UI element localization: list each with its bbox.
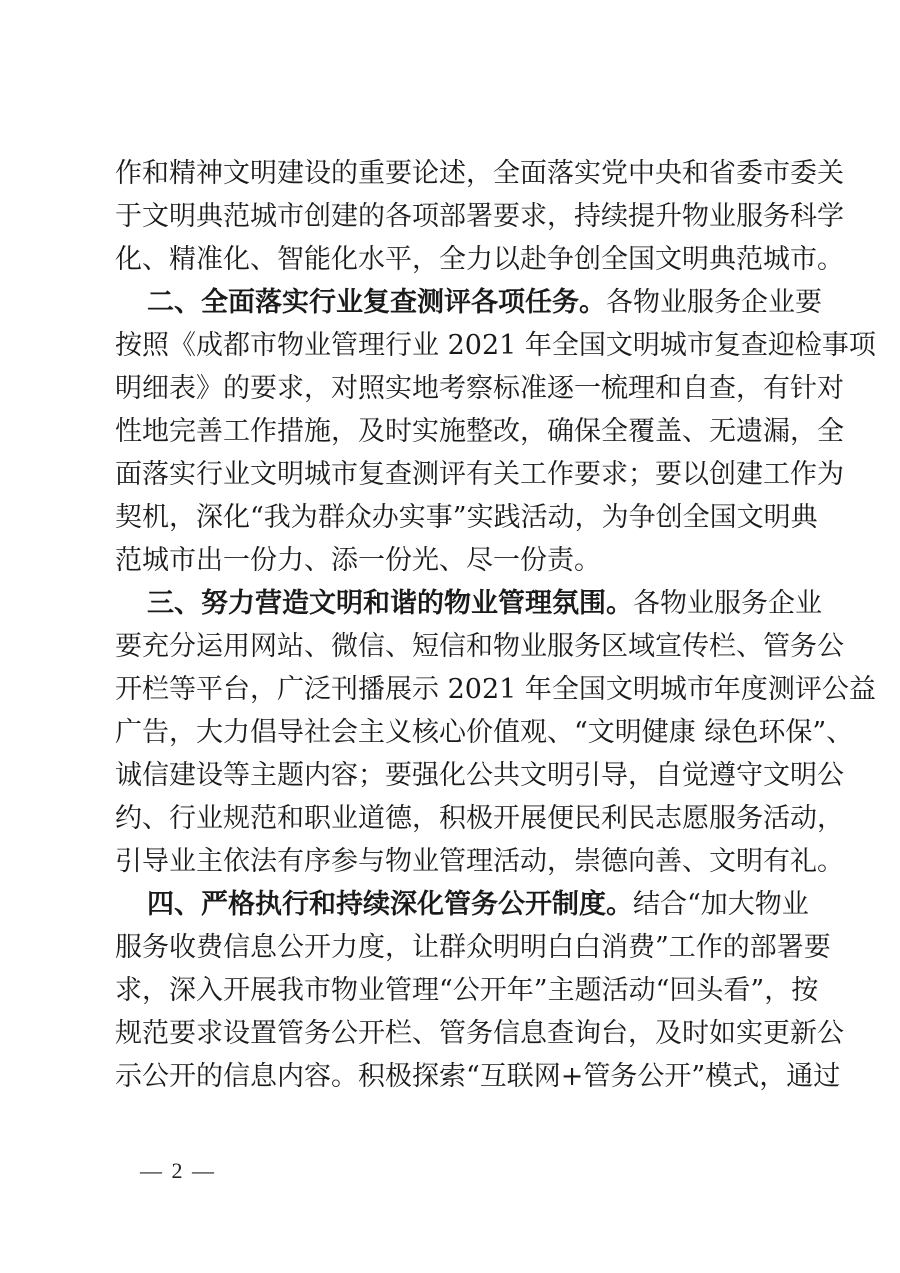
paragraph-line: 诚信建设等主题内容；要强化公共文明引导，自觉遵守文明公 [115,754,785,797]
paragraph-line: 开栏等平台，广泛刊播展示 2021 年全国文明城市年度测评公益 [115,668,785,711]
paragraph-line: 范城市出一份力、添一份光、尽一份责。 [115,539,785,582]
line-text: 结合“加大物业 [633,889,809,920]
section-heading: 四、严格执行和持续深化管务公开制度。 [147,889,633,920]
section-heading-line: 四、严格执行和持续深化管务公开制度。结合“加大物业 [147,883,785,926]
section-heading: 三、努力营造文明和谐的物业管理氛围。 [147,588,633,619]
line-text: 规范要求设置管务公开栏、管务信息查询台，及时如实更新公 [115,1018,844,1049]
line-text: 求，深入开展我市物业管理“公开年”主题活动“回头看”，按 [115,975,818,1006]
line-text: 面落实行业文明城市复查测评有关工作要求；要以创建工作为 [115,459,844,490]
paragraph-line: 规范要求设置管务公开栏、管务信息查询台，及时如实更新公 [115,1012,785,1055]
line-text: 服务收费信息公开力度，让群众明明白白消费”工作的部署要 [115,932,831,963]
line-text: 示公开的信息内容。积极探索“互联网+管务公开”模式，通过 [115,1061,840,1092]
paragraph-line: 于文明典范城市创建的各项部署要求，持续提升物业服务科学 [115,195,785,238]
line-text: 化、精准化、智能化水平，全力以赴争创全国文明典范城市。 [115,244,844,275]
paragraph-line: 要充分运用网站、微信、短信和物业服务区域宣传栏、管务公 [115,625,785,668]
line-text: 范城市出一份力、添一份光、尽一份责。 [115,545,601,576]
line-text: 契机，深化“我为群众办实事”实践活动，为争创全国文明典 [115,502,818,533]
section-heading-line: 三、努力营造文明和谐的物业管理氛围。各物业服务企业 [147,582,785,625]
line-text: 按照《成都市物业管理行业 2021 年全国文明城市复查迎检事项 [115,330,876,361]
page-number: — 2 — [140,1158,216,1184]
paragraph-line: 按照《成都市物业管理行业 2021 年全国文明城市复查迎检事项 [115,324,785,367]
paragraph-line: 求，深入开展我市物业管理“公开年”主题活动“回头看”，按 [115,969,785,1012]
line-text: 广告，大力倡导社会主义核心价值观、“文明健康 绿色环保”、 [115,717,853,748]
paragraph-line: 示公开的信息内容。积极探索“互联网+管务公开”模式，通过 [115,1055,785,1098]
paragraph-line: 明细表》的要求，对照实地考察标准逐一梳理和自查，有针对 [115,367,785,410]
paragraph-line: 契机，深化“我为群众办实事”实践活动，为争创全国文明典 [115,496,785,539]
line-text: 诚信建设等主题内容；要强化公共文明引导，自觉遵守文明公 [115,760,844,791]
paragraph-line: 作和精神文明建设的重要论述，全面落实党中央和省委市委关 [115,152,785,195]
paragraph-line: 服务收费信息公开力度，让群众明明白白消费”工作的部署要 [115,926,785,969]
line-text: 明细表》的要求，对照实地考察标准逐一梳理和自查，有针对 [115,373,844,404]
line-text: 开栏等平台，广泛刊播展示 2021 年全国文明城市年度测评公益 [115,674,876,705]
line-text: 各物业服务企业 [633,588,822,619]
paragraph-line: 面落实行业文明城市复查测评有关工作要求；要以创建工作为 [115,453,785,496]
line-text: 作和精神文明建设的重要论述，全面落实党中央和省委市委关 [115,158,844,189]
line-text: 各物业服务企业要 [606,287,822,318]
paragraph-line: 化、精准化、智能化水平，全力以赴争创全国文明典范城市。 [115,238,785,281]
paragraph-line: 性地完善工作措施，及时实施整改，确保全覆盖、无遗漏，全 [115,410,785,453]
section-heading-line: 二、全面落实行业复查测评各项任务。各物业服务企业要 [147,281,785,324]
line-text: 性地完善工作措施，及时实施整改，确保全覆盖、无遗漏，全 [115,416,844,447]
line-text: 引导业主依法有序参与物业管理活动，崇德向善、文明有礼。 [115,846,844,877]
document-page: 作和精神文明建设的重要论述，全面落实党中央和省委市委关于文明典范城市创建的各项部… [0,0,900,1273]
paragraph-line: 引导业主依法有序参与物业管理活动，崇德向善、文明有礼。 [115,840,785,883]
line-text: 于文明典范城市创建的各项部署要求，持续提升物业服务科学 [115,201,844,232]
paragraph-line: 约、行业规范和职业道德，积极开展便民利民志愿服务活动， [115,797,785,840]
section-heading: 二、全面落实行业复查测评各项任务。 [147,287,606,318]
line-text: 要充分运用网站、微信、短信和物业服务区域宣传栏、管务公 [115,631,844,662]
line-text: 约、行业规范和职业道德，积极开展便民利民志愿服务活动， [115,803,844,834]
paragraph-line: 广告，大力倡导社会主义核心价值观、“文明健康 绿色环保”、 [115,711,785,754]
